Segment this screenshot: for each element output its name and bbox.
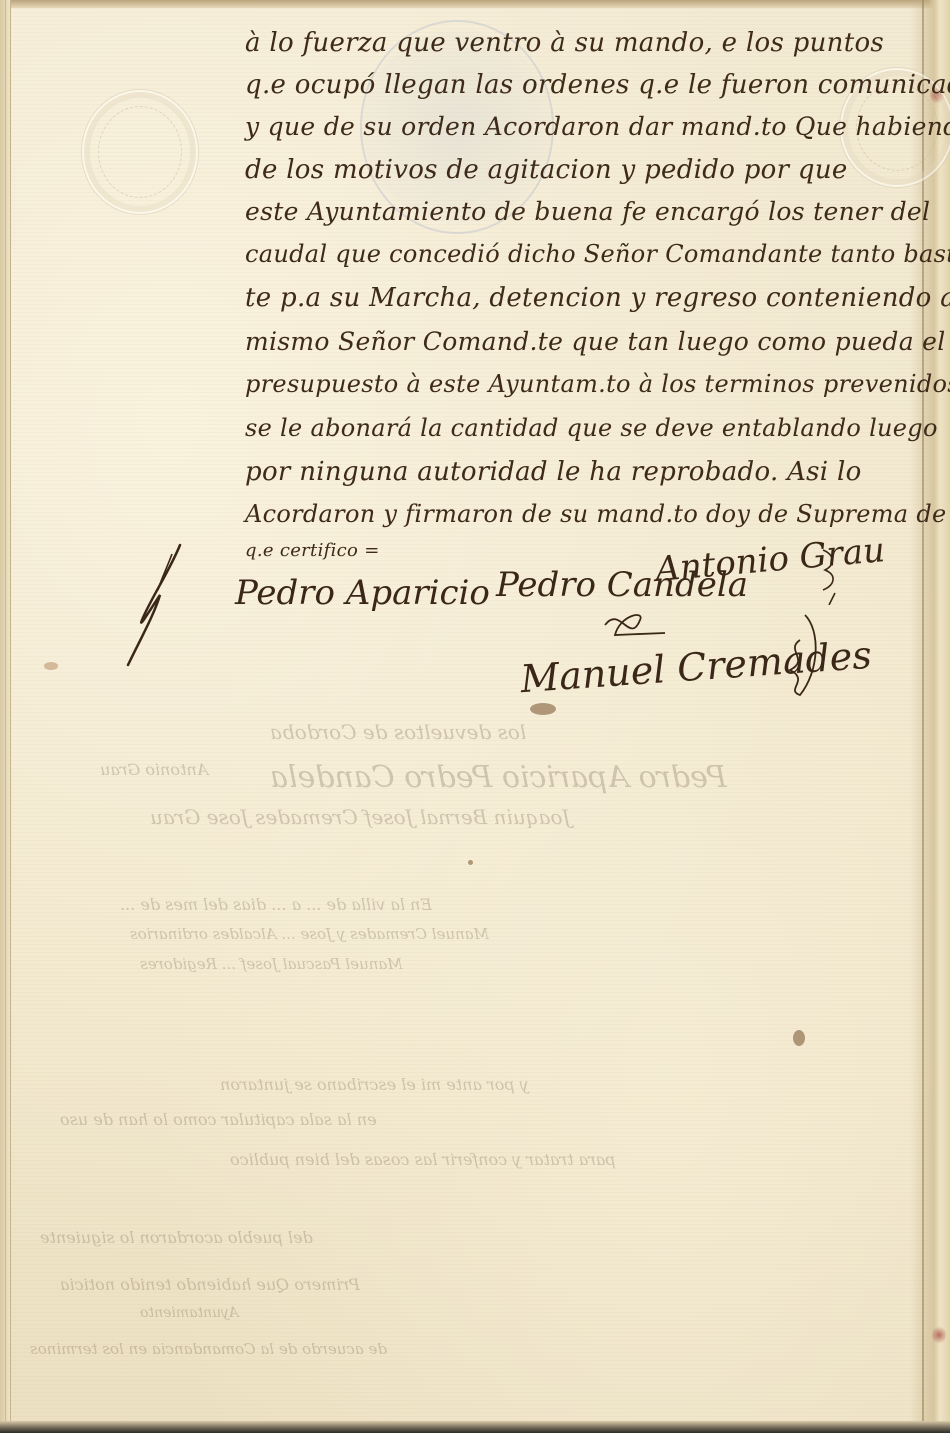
bleed-line: los devueltos de Cordoba: [270, 720, 526, 744]
embossed-seal-left: [82, 90, 198, 214]
manuscript-page: los devueltos de Cordoba Pedro Aparicio …: [0, 0, 950, 1433]
bleed-line: del pueblo acordaron lo siguiente: [40, 1228, 313, 1247]
body-line: de los motivos de agitacion y pedido por…: [245, 155, 848, 185]
body-line: presupuesto à este Ayuntam.to à los term…: [245, 370, 950, 398]
page-left-edge-line: [5, 0, 6, 1433]
red-ink-mark: [932, 1325, 946, 1345]
bleed-line: Antonio Grau: [100, 760, 208, 779]
bleed-line: de acuerdo de la Comandancia en los term…: [30, 1340, 387, 1358]
body-line: q.e ocupó llegan las ordenes q.e le fuer…: [245, 70, 950, 100]
bleed-line: y por ante mi el escribano se juntaron: [220, 1075, 529, 1094]
page-top-edge: [0, 0, 950, 8]
bleed-line: Primero Que habiendo tenido noticia: [60, 1275, 360, 1294]
body-line: se le abonará la cantidad que se deve en…: [245, 414, 938, 442]
signature-pedro-aparicio: Pedro Aparicio: [235, 573, 490, 613]
signature-rubric-grau: [815, 545, 845, 605]
body-line: q.e certifico =: [245, 540, 380, 561]
bleed-line: para tratar y conferir las cosas del bie…: [230, 1150, 616, 1169]
body-line: à lo fuerza que ventro à su mando, e los…: [245, 28, 884, 58]
bleed-line: Manuel Cremades y Jose ... Alcaldes ordi…: [130, 925, 489, 943]
body-line: mismo Señor Comand.te que tan luego como…: [245, 327, 946, 356]
margin-rubric-flourish: [120, 540, 200, 670]
body-line: y que de su orden Acordaron dar mand.to …: [245, 112, 950, 141]
ink-stain: [44, 662, 58, 670]
body-line: te p.a su Marcha, detencion y regreso co…: [245, 283, 950, 313]
bleed-line: En la villa de ... a ... dias del mes de…: [120, 895, 432, 914]
ink-stain: [468, 860, 473, 865]
seal-inner-ring: [98, 106, 182, 198]
bleed-line: en la sala capitular como lo han de uso: [60, 1110, 377, 1129]
body-line: este Ayuntamiento de buena fe encargó lo…: [245, 197, 930, 226]
ink-stain: [530, 703, 556, 715]
body-line: por ninguna autoridad le ha reprobado. A…: [245, 457, 862, 487]
signature-rubric-cremades: [775, 610, 825, 700]
bleed-line: Pedro Aparicio Pedro Candela: [270, 760, 727, 795]
body-line: Acordaron y firmaron de su mand.to doy d…: [245, 500, 947, 528]
page-bottom-edge: [0, 1421, 950, 1433]
bleed-line: Manuel Pascual Josef ... Regidores: [140, 955, 403, 973]
ink-stain: [793, 1030, 805, 1046]
signature-rubric-candela: [600, 605, 670, 645]
bleed-line: Ayuntamiento: [140, 1305, 239, 1321]
signature-antonio-grau: Antonio Grau: [654, 530, 887, 590]
body-line: caudal que concedió dicho Señor Comandan…: [245, 240, 950, 268]
bleed-line: Joaquin Bernal Josef Cremades Jose Grau: [150, 805, 571, 829]
